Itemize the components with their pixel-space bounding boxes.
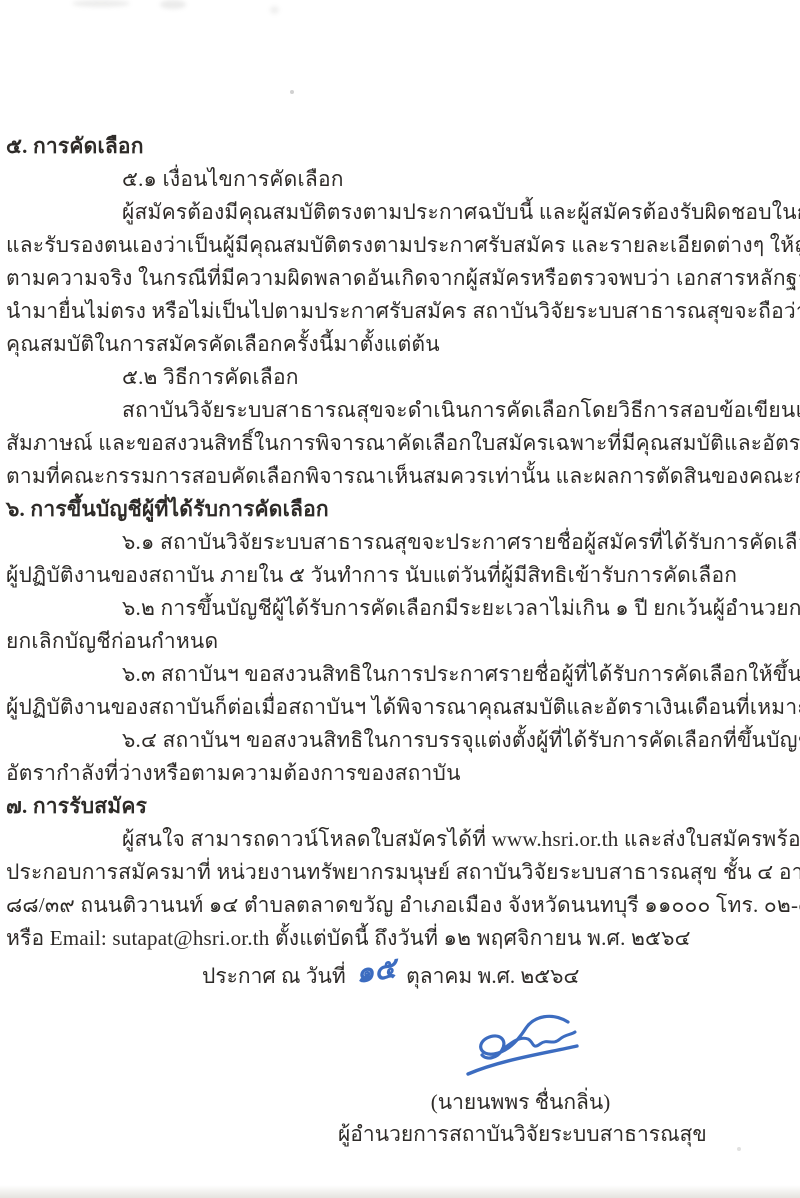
scan-edge-shadow bbox=[0, 1185, 800, 1198]
document-line: ๘๘/๓๙ ถนนติวานนท์ ๑๔ ตำบลตลาดขวัญ อำเภอเ… bbox=[6, 889, 796, 922]
document-line: ๕.๒ วิธีการคัดเลือก bbox=[6, 361, 796, 394]
document-line: และรับรองตนเองว่าเป็นผู้มีคุณสมบัติตรงตา… bbox=[6, 229, 796, 262]
scan-artifact bbox=[290, 90, 294, 94]
handwritten-day-number: ๑๕ bbox=[353, 950, 398, 991]
document-line: ๕.๑ เงื่อนไขการคัดเลือก bbox=[6, 163, 796, 196]
section-heading: ๖. การขึ้นบัญชีผู้ที่ได้รับการคัดเลือก bbox=[6, 493, 796, 526]
document-line: ผู้สมัครต้องมีคุณสมบัติตรงตามประกาศฉบับน… bbox=[6, 196, 796, 229]
document-line: ประกอบการสมัครมาที่ หน่วยงานทรัพยากรมนุษ… bbox=[6, 856, 796, 889]
document-line: ๖.๑ สถาบันวิจัยระบบสาธารณสุขจะประกาศรายช… bbox=[6, 526, 796, 559]
scan-artifact bbox=[72, 0, 130, 7]
signer-name: (นายนพพร ชื่นกลิ่น) bbox=[368, 1086, 673, 1118]
scan-artifact bbox=[160, 0, 186, 9]
signature-block: (นายนพพร ชื่นกลิ่น) ผู้อำนวยการสถาบันวิจ… bbox=[368, 1008, 673, 1150]
scan-artifact bbox=[737, 1147, 741, 1151]
document-line: สถาบันวิจัยระบบสาธารณสุขจะดำเนินการคัดเล… bbox=[6, 394, 796, 427]
document-line: สัมภาษณ์ และขอสงวนสิทธิ์ในการพิจารณาคัดเ… bbox=[6, 427, 796, 460]
handwritten-signature-icon bbox=[456, 1008, 586, 1080]
document-line: ๖.๔ สถาบันฯ ขอสงวนสิทธิในการบรรจุแต่งตั้… bbox=[6, 724, 796, 757]
announce-prefix: ประกาศ ณ วันที่ bbox=[202, 964, 346, 988]
document-line: ๖.๓ สถาบันฯ ขอสงวนสิทธิในการประกาศรายชื่… bbox=[6, 658, 796, 691]
document-line: หรือ Email: sutapat@hsri.or.th ตั้งแต่บั… bbox=[6, 922, 796, 955]
document-line: ๖.๒ การขึ้นบัญชีผู้ได้รับการคัดเลือกมีระ… bbox=[6, 592, 796, 625]
document-line: ตามความจริง ในกรณีที่มีความผิดพลาดอันเกิ… bbox=[6, 262, 796, 295]
document-line: ผู้สนใจ สามารถดาวน์โหลดใบสมัครได้ที่ www… bbox=[6, 823, 796, 856]
document-body: ๕. การคัดเลือก๕.๑ เงื่อนไขการคัดเลือกผู้… bbox=[6, 130, 796, 992]
announce-suffix: ตุลาคม พ.ศ. ๒๕๖๔ bbox=[406, 964, 579, 988]
document-line: ผู้ปฏิบัติงานของสถาบัน ภายใน ๕ วันทำการ … bbox=[6, 559, 796, 592]
document-line: ตามที่คณะกรรมการสอบคัดเลือกพิจารณาเห็นสม… bbox=[6, 460, 796, 493]
announcement-date-line: ประกาศ ณ วันที่๑๕ตุลาคม พ.ศ. ๒๕๖๔ bbox=[6, 956, 796, 992]
document-line: อัตรากำลังที่ว่างหรือตามความต้องการของสถ… bbox=[6, 757, 796, 790]
scan-artifact bbox=[270, 6, 279, 14]
section-heading: ๗. การรับสมัคร bbox=[6, 790, 796, 823]
section-heading: ๕. การคัดเลือก bbox=[6, 130, 796, 163]
signer-title: ผู้อำนวยการสถาบันวิจัยระบบสาธารณสุข bbox=[338, 1118, 673, 1150]
document-line: ยกเลิกบัญชีก่อนกำหนด bbox=[6, 625, 796, 658]
scanned-document-page: ๕. การคัดเลือก๕.๑ เงื่อนไขการคัดเลือกผู้… bbox=[0, 0, 800, 1198]
document-line: นำมายื่นไม่ตรง หรือไม่เป็นไปตามประกาศรับ… bbox=[6, 295, 796, 328]
document-line: คุณสมบัติในการสมัครคัดเลือกครั้งนี้มาตั้… bbox=[6, 328, 796, 361]
document-line: ผู้ปฏิบัติงานของสถาบันก็ต่อเมื่อสถาบันฯ … bbox=[6, 691, 796, 724]
